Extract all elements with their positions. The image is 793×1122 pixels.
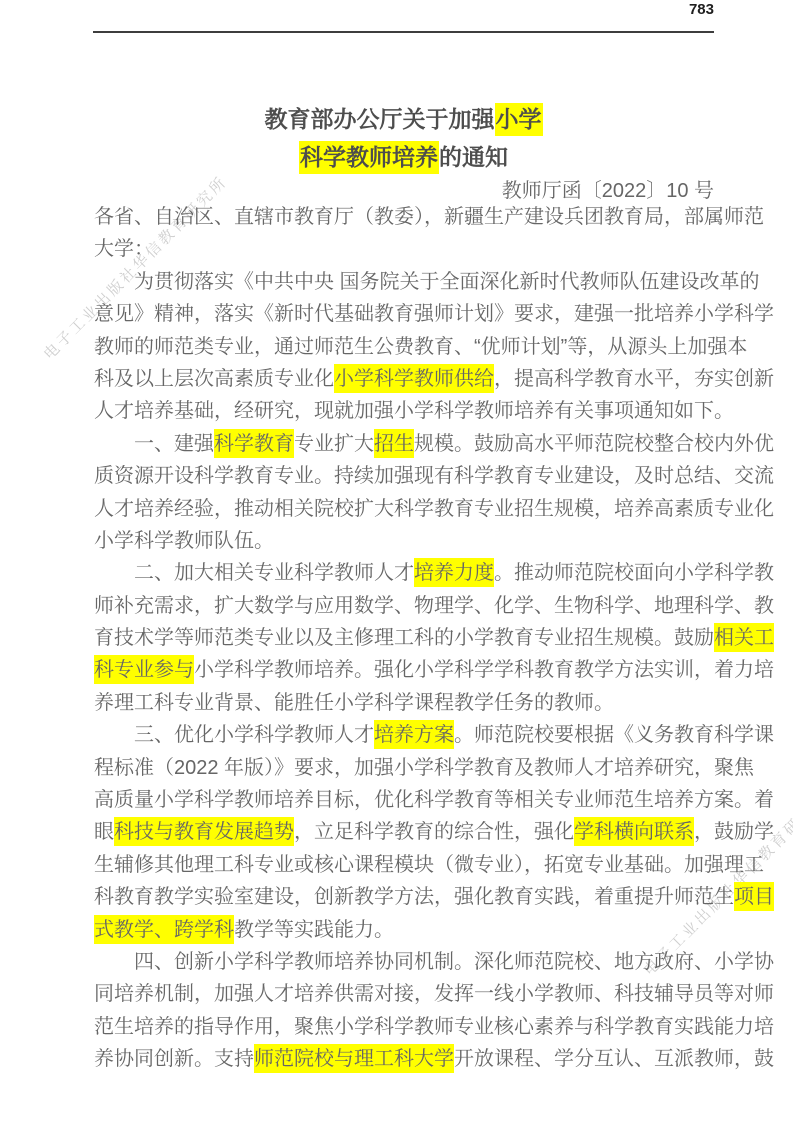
text-segment: 师补充需求，扩大数学与应用数学、物理学、化学、生物科学、地理科学、教 — [94, 595, 774, 617]
text-line: 四、创新小学科学教师培养协同机制。深化师范院校、地方政府、小学协 — [94, 946, 734, 978]
text-segment: 养理工科专业背景、能胜任小学科学课程教学任务的教师。 — [94, 692, 614, 714]
text-line: 范生培养的指导作用，聚焦小学科学教师专业核心素养与科学教育实践能力培 — [94, 1011, 734, 1043]
text-segment: 四、创新小学科学教师培养协同机制。深化师范院校、地方政府、小学协 — [134, 951, 774, 973]
text-line: 养协同创新。支持师范院校与理工科大学开放课程、学分互认、互派教师，鼓 — [94, 1043, 734, 1075]
text-segment: 养协同创新。支持 — [94, 1048, 254, 1070]
text-line: 质资源开设科学教育专业。持续加强现有科学教育专业建设，及时总结、交流 — [94, 460, 734, 492]
text-segment: 三、优化小学科学教师人才 — [134, 724, 374, 746]
text-line: 一、建强科学教育专业扩大招生规模。鼓励高水平师范院校整合校内外优 — [94, 428, 734, 460]
highlight: 小学 — [495, 103, 543, 136]
highlight: 学科横向联系 — [574, 817, 694, 846]
header-rule — [93, 31, 714, 33]
text-segment: 同培养机制，加强人才培养供需对接，发挥一线小学教师、科技辅导员等对师 — [94, 983, 774, 1005]
text-segment: 小学科学教师队伍。 — [94, 530, 274, 552]
highlight: 小学科学教师供给 — [334, 364, 494, 393]
text-line: 式教学、跨学科教学等实践能力。 — [94, 914, 734, 946]
text-line: 科教育教学实验室建设，创新教学方法，强化教育实践，着重提升师范生项目 — [94, 881, 734, 913]
page-number: 783 — [689, 1, 714, 18]
text-segment: 质资源开设科学教育专业。持续加强现有科学教育专业建设，及时总结、交流 — [94, 465, 774, 487]
text-line: 同培养机制，加强人才培养供需对接，发挥一线小学教师、科技辅导员等对师 — [94, 978, 734, 1010]
text-line: 小学科学教师队伍。 — [94, 525, 734, 557]
text-line: 生辅修其他理工科专业或核心课程模块（微专业），拓宽专业基础。加强理工 — [94, 849, 734, 881]
text-segment: 范生培养的指导作用，聚焦小学科学教师专业核心素养与科学教育实践能力培 — [94, 1016, 774, 1038]
text-segment: 眼 — [94, 821, 114, 843]
text-segment: 的通知 — [439, 144, 508, 170]
text-line: 人才培养基础，经研究，现就加强小学科学教师培养有关事项通知如下。 — [94, 395, 734, 427]
text-segment: 专业扩大 — [294, 433, 374, 455]
title-line: 教育部办公厅关于加强小学 — [93, 100, 714, 138]
text-segment: 一、建强 — [134, 433, 214, 455]
text-segment: 意见》精神，落实《新时代基础教育强师计划》要求，建强一批培养小学科学 — [94, 303, 774, 325]
highlight: 师范院校与理工科大学 — [254, 1044, 454, 1073]
text-segment: ，鼓励学 — [694, 821, 774, 843]
document-page: 电子工业出版社华信教育研究所 电子工业出版社华信教育研究所 783 教育部办公厅… — [0, 0, 793, 1122]
highlight: 相关工 — [714, 623, 774, 652]
text-line: 育技术学等师范类专业以及主修理工科的小学教育专业招生规模。鼓励相关工 — [94, 622, 734, 654]
text-segment: 人才培养经验，推动相关院校扩大科学教育专业招生规模，培养高素质专业化 — [94, 498, 774, 520]
title-line: 科学教师培养的通知 — [93, 138, 714, 176]
text-segment: ，提高科学教育水平，夯实创新 — [494, 368, 774, 390]
text-segment: 教育部办公厅关于加强 — [265, 106, 495, 132]
text-line: 眼科技与教育发展趋势，立足科学教育的综合性，强化学科横向联系，鼓励学 — [94, 816, 734, 848]
text-segment: 生辅修其他理工科专业或核心课程模块（微专业），拓宽专业基础。加强理工 — [94, 854, 764, 876]
text-segment: 开放课程、学分互认、互派教师，鼓 — [454, 1048, 774, 1070]
highlight: 式教学、跨学科 — [94, 915, 234, 944]
text-segment: 教师的师范类专业，通过师范生公费教育、“优师计划”等，从源头上加强本 — [94, 336, 747, 358]
highlight: 招生 — [374, 429, 414, 458]
text-segment: 大学： — [94, 238, 154, 260]
text-line: 人才培养经验，推动相关院校扩大科学教育专业招生规模，培养高素质专业化 — [94, 493, 734, 525]
text-segment: 为贯彻落实《中共中央 国务院关于全面深化新时代教师队伍建设改革的 — [134, 271, 760, 293]
highlight: 培养力度 — [414, 558, 494, 587]
text-line: 科专业参与小学科学教师培养。强化小学科学学科教育教学方法实训，着力培 — [94, 654, 734, 686]
text-segment: 。师范院校要根据《义务教育科学课 — [454, 724, 774, 746]
text-segment: 。推动师范院校面向小学科学教 — [494, 562, 774, 584]
highlight: 科专业参与 — [94, 655, 194, 684]
text-segment: 二、加大相关专业科学教师人才 — [134, 562, 414, 584]
text-line: 各省、自治区、直辖市教育厅（教委），新疆生产建设兵团教育局，部属师范 — [94, 201, 734, 233]
text-segment: 小学科学教师培养。强化小学科学学科教育教学方法实训，着力培 — [194, 659, 774, 681]
text-line: 程标准（2022 年版）》要求，加强小学科学教育及教师人才培养研究，聚焦 — [94, 752, 734, 784]
text-line: 养理工科专业背景、能胜任小学科学课程教学任务的教师。 — [94, 687, 734, 719]
highlight: 科学教育 — [214, 429, 294, 458]
doc-title: 教育部办公厅关于加强小学科学教师培养的通知 — [93, 100, 714, 176]
text-segment: 育技术学等师范类专业以及主修理工科的小学教育专业招生规模。鼓励 — [94, 627, 714, 649]
text-line: 二、加大相关专业科学教师人才培养力度。推动师范院校面向小学科学教 — [94, 557, 734, 589]
text-segment: 高质量小学科学教师培养目标，优化科学教育等相关专业师范生培养方案。着 — [94, 789, 774, 811]
text-segment: 人才培养基础，经研究，现就加强小学科学教师培养有关事项通知如下。 — [94, 400, 734, 422]
text-segment: 教学等实践能力。 — [234, 919, 394, 941]
text-line: 教师的师范类专业，通过师范生公费教育、“优师计划”等，从源头上加强本 — [94, 331, 734, 363]
text-line: 意见》精神，落实《新时代基础教育强师计划》要求，建强一批培养小学科学 — [94, 298, 734, 330]
text-line: 高质量小学科学教师培养目标，优化科学教育等相关专业师范生培养方案。着 — [94, 784, 734, 816]
highlight: 培养方案 — [374, 720, 454, 749]
text-segment: 科及以上层次高素质专业化 — [94, 368, 334, 390]
text-segment: ，立足科学教育的综合性，强化 — [294, 821, 574, 843]
highlight: 科学教师培养 — [299, 141, 439, 174]
text-segment: 各省、自治区、直辖市教育厅（教委），新疆生产建设兵团教育局，部属师范 — [94, 206, 764, 228]
text-segment: 科教育教学实验室建设，创新教学方法，强化教育实践，着重提升师范生 — [94, 886, 734, 908]
highlight: 科技与教育发展趋势 — [114, 817, 294, 846]
text-segment: 规模。鼓励高水平师范院校整合校内外优 — [414, 433, 774, 455]
text-line: 为贯彻落实《中共中央 国务院关于全面深化新时代教师队伍建设改革的 — [94, 266, 734, 298]
text-line: 科及以上层次高素质专业化小学科学教师供给，提高科学教育水平，夯实创新 — [94, 363, 734, 395]
text-line: 大学： — [94, 233, 734, 265]
text-line: 师补充需求，扩大数学与应用数学、物理学、化学、生物科学、地理科学、教 — [94, 590, 734, 622]
doc-number: 教师厅函〔2022〕10 号 — [93, 174, 714, 203]
highlight: 项目 — [734, 882, 774, 911]
text-line: 三、优化小学科学教师人才培养方案。师范院校要根据《义务教育科学课 — [94, 719, 734, 751]
document-body: 各省、自治区、直辖市教育厅（教委），新疆生产建设兵团教育局，部属师范大学：为贯彻… — [94, 201, 734, 1076]
text-segment: 程标准（2022 年版）》要求，加强小学科学教育及教师人才培养研究，聚焦 — [94, 757, 754, 779]
